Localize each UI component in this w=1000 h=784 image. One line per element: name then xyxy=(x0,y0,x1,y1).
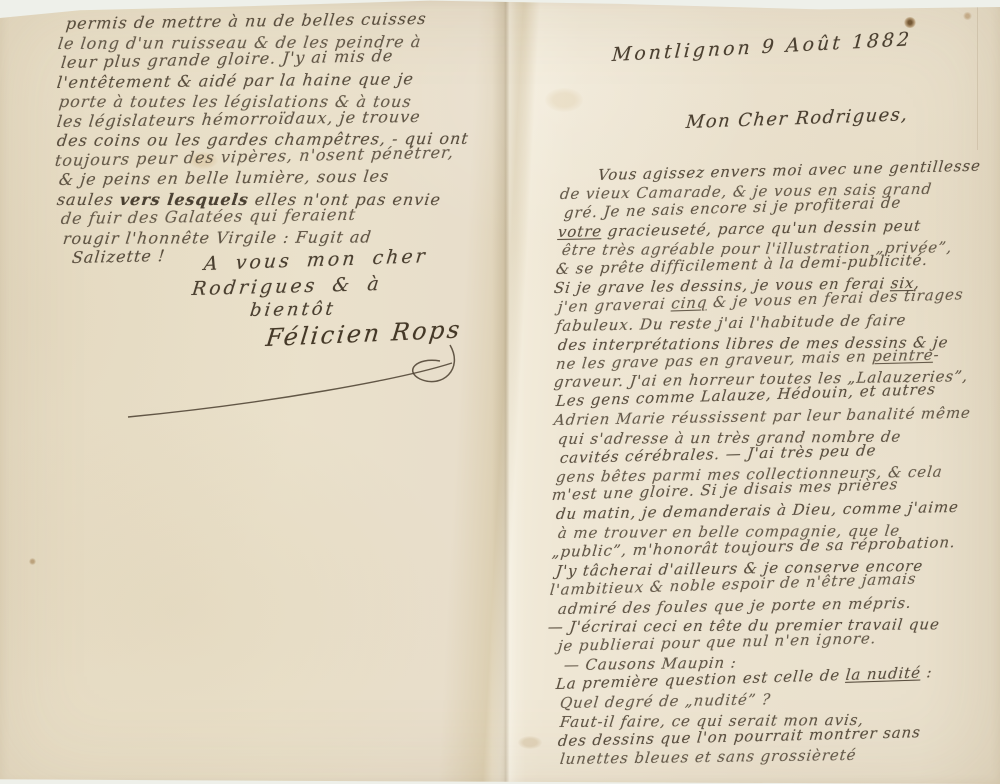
dateline: Montlignon 9 Août 1882 xyxy=(611,28,913,66)
word-segment: j'en graverai xyxy=(557,294,672,316)
handwriting-line: Quel degré de „nudité” ? xyxy=(559,690,772,712)
word-segment: - xyxy=(933,345,941,363)
handwriting-line: permis de mettre à nu de belles cuisses xyxy=(65,9,428,33)
closing-line: A vous mon cher xyxy=(203,245,429,275)
letter-paper: permis de mettre à nu de belles cuissesl… xyxy=(0,0,1000,784)
letter-scan: permis de mettre à nu de belles cuissesl… xyxy=(0,0,1000,784)
center-fold-crease xyxy=(492,0,526,784)
word-segment: gracieuseté, parce qu'un dessin peut xyxy=(601,216,922,240)
word-segment: : xyxy=(920,663,933,681)
underlined-word: peintre xyxy=(871,345,934,365)
foxing-spot xyxy=(545,88,583,112)
closing-line: Rodrigues & à xyxy=(191,273,383,300)
underlined-word: la nudité xyxy=(845,663,922,683)
signature-flourish xyxy=(110,333,482,431)
foxing-spot xyxy=(518,736,542,749)
handwriting-line: l'entêtement & aidé par la haine que je xyxy=(56,69,415,92)
closing-line: bientôt xyxy=(249,298,337,321)
foxing-spot xyxy=(904,17,916,28)
page-edge-line xyxy=(977,0,978,150)
handwriting-line: lunettes bleues et sans grossièreté xyxy=(559,746,857,768)
underlined-word: cinq xyxy=(671,293,709,312)
handwriting-line: rougir l'honnête Virgile : Fugit ad xyxy=(62,227,373,248)
foxing-spot xyxy=(963,12,972,20)
handwriting-line: & je peins en belle lumière, sous les xyxy=(58,167,390,189)
word-segment: saules xyxy=(56,190,121,209)
foxing-spot xyxy=(29,558,36,565)
handwriting-line: de fuir des Galatées qui feraient xyxy=(60,205,357,228)
salutation: Mon Cher Rodrigues, xyxy=(685,104,909,133)
handwriting-line: Salizette ! xyxy=(71,246,166,267)
underlined-word: votre xyxy=(557,222,603,241)
